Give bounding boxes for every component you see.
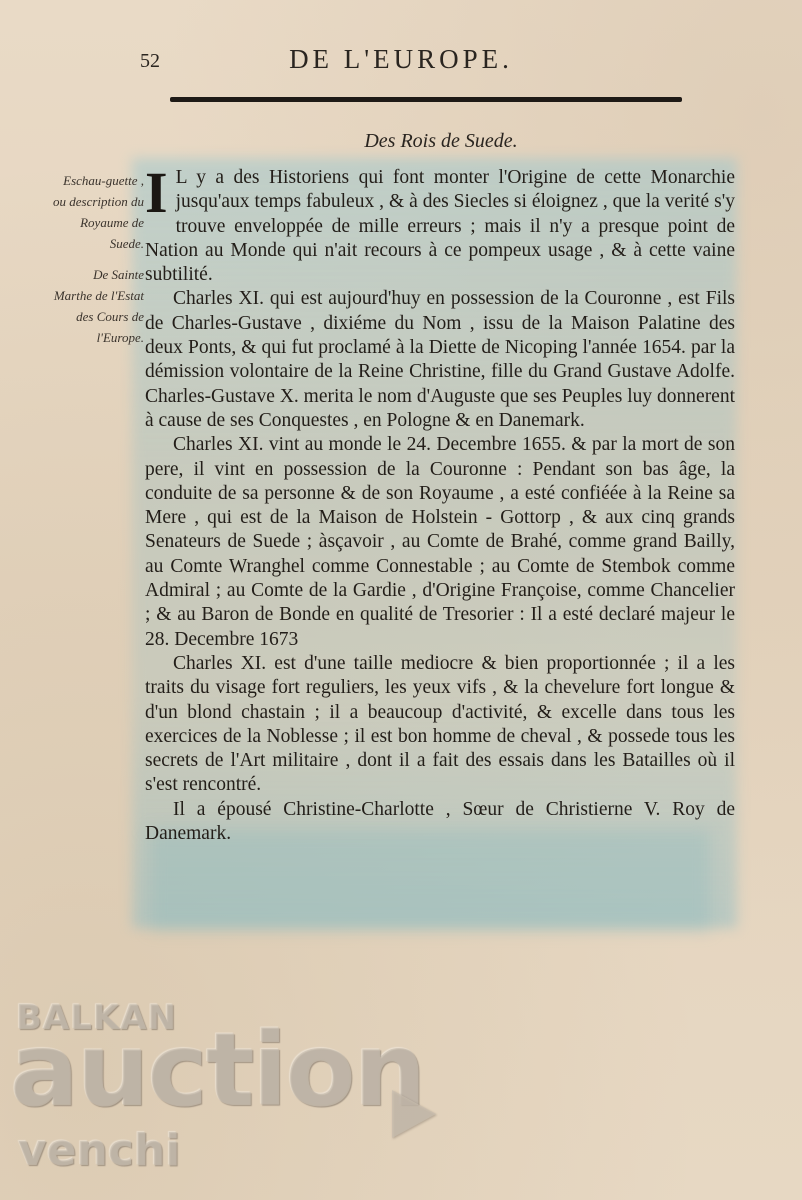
margin-note: De Sainte Marthe de l'Estat des Cours de… bbox=[52, 264, 144, 348]
watermark-auction: auction bbox=[10, 1020, 424, 1122]
running-head: DE L'EUROPE. bbox=[0, 44, 802, 75]
paragraph: Charles XI. vint au monde le 24. Decembr… bbox=[145, 433, 735, 652]
paragraph-text: L y a des Historiens qui font monter l'O… bbox=[145, 167, 735, 285]
paragraph: IL y a des Historiens qui font monter l'… bbox=[145, 166, 735, 287]
paragraph: Charles XI. qui est aujourd'huy en posse… bbox=[145, 287, 735, 433]
drop-cap: I bbox=[145, 170, 168, 216]
margin-note: Eschau-guette , ou description du Royaum… bbox=[52, 170, 144, 254]
header-rule bbox=[170, 97, 682, 102]
watermark-venchi: venchi bbox=[18, 1125, 180, 1176]
paragraph: Il a épousé Christine-Charlotte , Sœur d… bbox=[145, 798, 735, 847]
paragraph: Charles XI. est d'une taille mediocre & … bbox=[145, 652, 735, 798]
margin-notes: Eschau-guette , ou description du Royaum… bbox=[52, 170, 144, 358]
section-title: Des Rois de Suede. bbox=[0, 130, 802, 153]
body-text: IL y a des Historiens qui font monter l'… bbox=[145, 166, 735, 846]
watermark-arrow-icon bbox=[392, 1090, 436, 1138]
